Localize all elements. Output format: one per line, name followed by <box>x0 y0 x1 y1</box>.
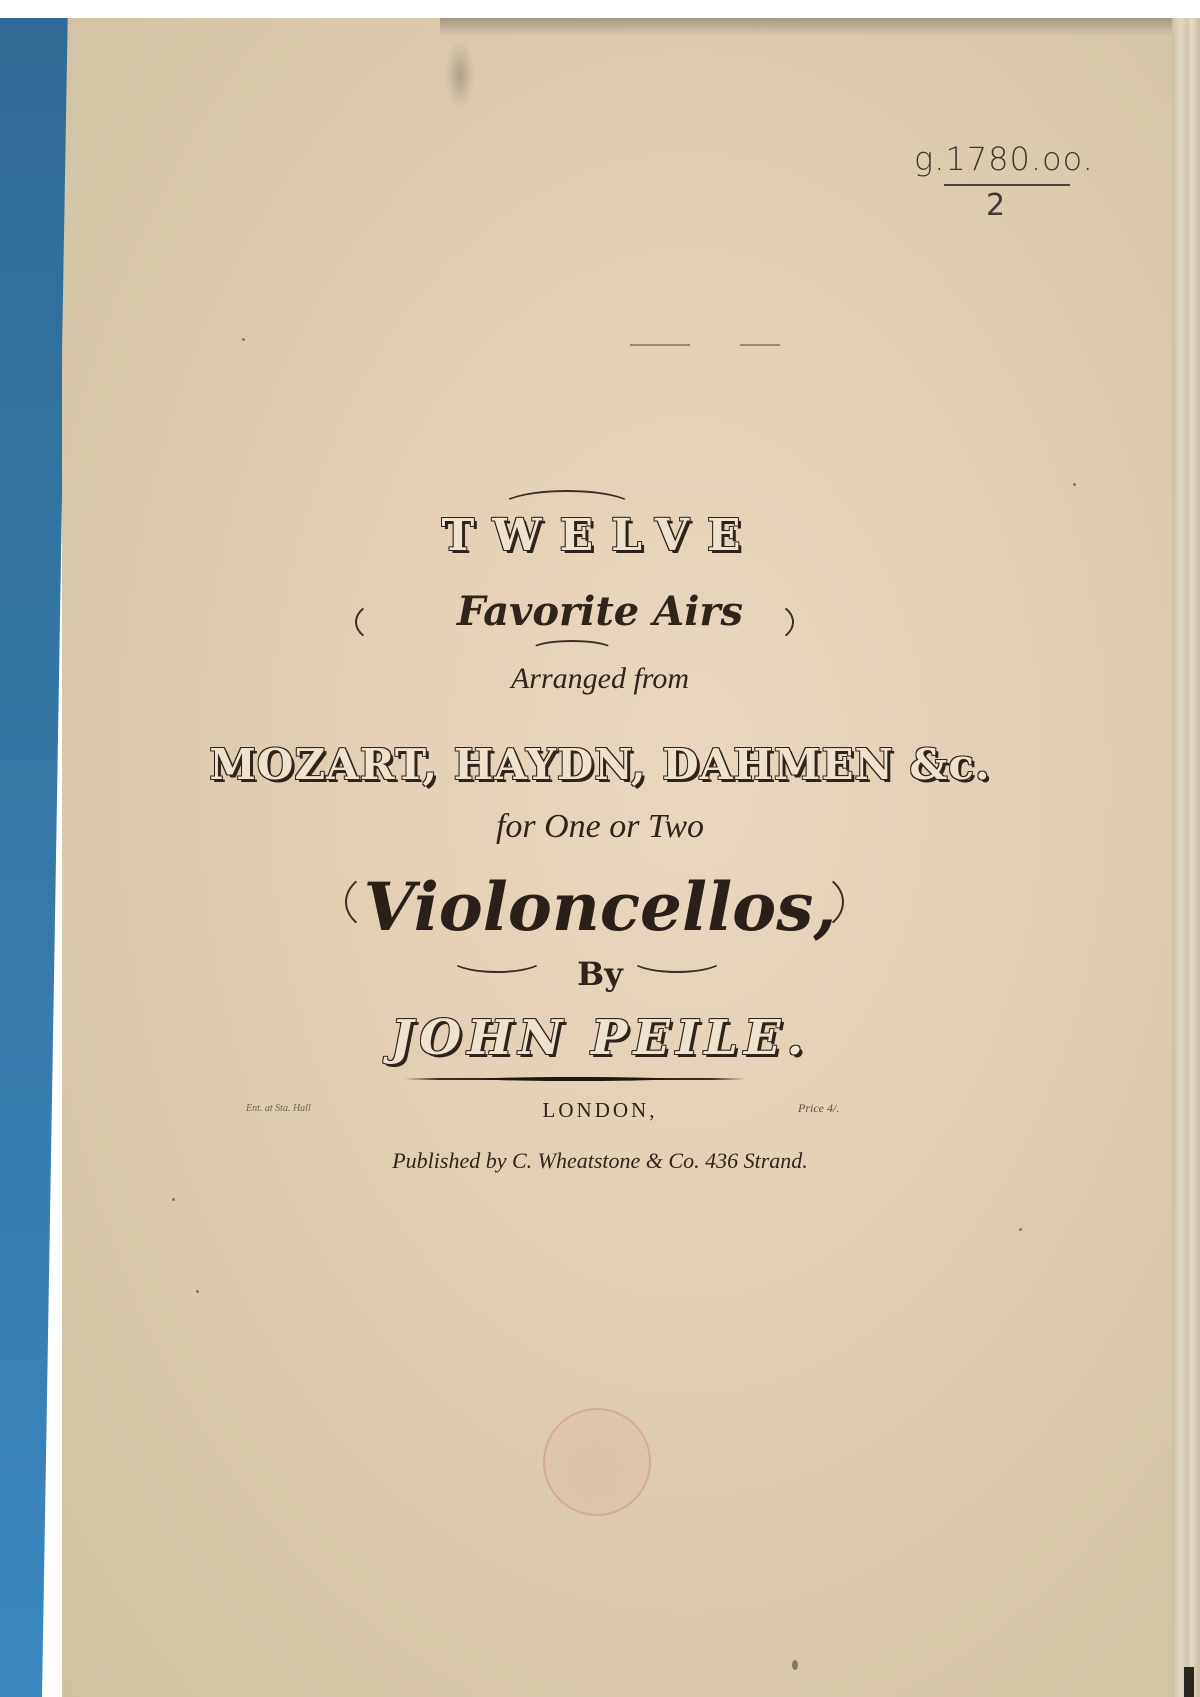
title-by: By <box>0 955 1200 993</box>
swelled-rule <box>405 1078 745 1080</box>
title-composers: MOZART, HAYDN, DAHMEN &c. <box>0 740 1200 789</box>
speck <box>1019 1228 1022 1231</box>
title-favorite-airs: Favorite Airs <box>0 588 1200 635</box>
flourish-ornament <box>530 640 614 660</box>
imprint-city: LONDON, <box>0 1098 1200 1123</box>
title-arranged-from: Arranged from <box>0 662 1200 696</box>
stain-mark <box>445 40 475 110</box>
page-stack-edge <box>1172 18 1200 1697</box>
faint-rule <box>630 344 690 346</box>
shelfmark: g.1780.oo. 2 <box>914 140 1164 223</box>
faint-rule <box>740 344 780 346</box>
title-violoncellos: Violoncellos, <box>0 868 1200 946</box>
speck <box>196 1290 199 1293</box>
title-twelve: TWELVE <box>0 510 1200 561</box>
speck <box>1073 483 1076 486</box>
price: Price 4/. <box>798 1101 839 1116</box>
page-top-shadow <box>440 18 1200 36</box>
background-edge <box>0 18 70 1697</box>
shelfmark-number: g.1780.oo. <box>914 140 1164 178</box>
speck <box>172 1198 175 1201</box>
library-stamp <box>543 1408 651 1516</box>
title-instrumentation: for One or Two <box>0 808 1200 846</box>
speck <box>242 338 245 341</box>
publisher-line: Published by C. Wheatstone & Co. 436 Str… <box>0 1148 1200 1174</box>
shelfmark-part: 2 <box>986 188 1164 223</box>
shelfmark-rule <box>944 184 1070 186</box>
speck <box>792 1660 798 1670</box>
author-name: JOHN PEILE. <box>0 1010 1200 1066</box>
